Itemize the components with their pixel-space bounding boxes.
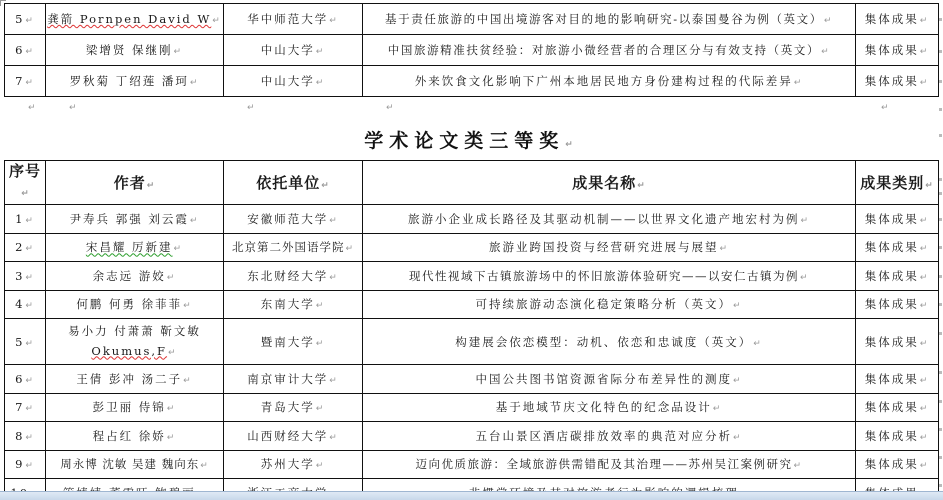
section-title: 学术论文类三等奖↵ (0, 126, 943, 153)
authors-cell: 王倩 彭冲 汤二子↵ (46, 365, 224, 394)
authors-cell: 何鹏 何勇 徐菲菲↵ (46, 290, 224, 319)
title-cell: 现代性视域下古镇旅游场中的怀旧旅游体验研究——以安仁古镇为例↵ (363, 262, 856, 291)
authors-cell: 宋昌耀 厉新建↵ (46, 233, 224, 262)
unit-cell: 南京审计大学↵ (224, 365, 363, 394)
title-cell: 旅游业跨国投资与经营研究进展与展望↵ (363, 233, 856, 262)
category-cell: 集体成果↵ (856, 290, 939, 319)
authors-line: Okumus,F↵ (46, 341, 223, 363)
table-header-row: 序号↵ 作者↵ 依托单位↵ 成果名称↵ 成果类别↵ (5, 161, 939, 205)
authors-cell: 余志远 游姣↵ (46, 262, 224, 291)
title-cell: 基于责任旅游的中国出境游客对目的地的影响研究-以泰国曼谷为例（英文）↵ (363, 4, 856, 35)
paragraph-mark: ↵ (69, 103, 77, 113)
authors-cell: 彭卫丽 侍锦↵ (46, 393, 224, 422)
seq-cell: 4↵ (5, 290, 46, 319)
authors-cell: 程占红 徐娇↵ (46, 422, 224, 451)
header-authors: 作者↵ (46, 161, 224, 205)
row-end-markers (938, 0, 943, 500)
title-cell: 可持续旅游动态演化稳定策略分析（英文）↵ (363, 290, 856, 319)
seq-cell: 2↵ (5, 233, 46, 262)
table-row: 2↵ 宋昌耀 厉新建↵ 北京第二外国语学院↵ 旅游业跨国投资与经营研究进展与展望… (5, 233, 939, 262)
seq-cell: 8↵ (5, 422, 46, 451)
authors-cell: 罗秋菊 丁绍莲 潘珂↵ (46, 66, 224, 97)
unit-cell: 北京第二外国语学院↵ (224, 233, 363, 262)
top-award-table: 5↵ 龚箭 Pornpen David W↵ 华中师范大学↵ 基于责任旅游的中国… (4, 3, 939, 97)
table-row: 7↵ 彭卫丽 侍锦↵ 青岛大学↵ 基于地域节庆文化特色的纪念品设计↵ 集体成果↵ (5, 393, 939, 422)
seq-cell: 3↵ (5, 262, 46, 291)
header-seq: 序号↵ (5, 161, 46, 205)
category-cell: 集体成果↵ (856, 365, 939, 394)
unit-cell: 安徽师范大学↵ (224, 205, 363, 234)
category-cell: 集体成果↵ (856, 205, 939, 234)
table-row: 9↵ 周永博 沈敏 吴建 魏向东↵ 苏州大学↵ 迈向优质旅游：全域旅游供需错配及… (5, 450, 939, 479)
title-cell: 外来饮食文化影响下广州本地居民地方身份建构过程的代际差异↵ (363, 66, 856, 97)
seq-cell: 1↵ (5, 205, 46, 234)
table-row: 3↵ 余志远 游姣↵ 东北财经大学↵ 现代性视域下古镇旅游场中的怀旧旅游体验研究… (5, 262, 939, 291)
category-cell: 集体成果↵ (856, 319, 939, 365)
paragraph-mark: ↵ (247, 103, 255, 113)
table-row: 6↵ 梁增贤 保继刚↵ 中山大学↵ 中国旅游精准扶贫经验：对旅游小微经营者的合理… (5, 35, 939, 66)
category-cell: 集体成果↵ (856, 66, 939, 97)
paragraph-mark: ↵ (881, 103, 889, 113)
unit-cell: 暨南大学↵ (224, 319, 363, 365)
unit-cell: 青岛大学↵ (224, 393, 363, 422)
seq-cell: 7↵ (5, 393, 46, 422)
category-cell: 集体成果↵ (856, 422, 939, 451)
title-cell: 基于地域节庆文化特色的纪念品设计↵ (363, 393, 856, 422)
seq-cell: 7↵ (5, 66, 46, 97)
unit-cell: 苏州大学↵ (224, 450, 363, 479)
third-prize-table: 序号↵ 作者↵ 依托单位↵ 成果名称↵ 成果类别↵ 1↵ 尹寿兵 郭强 刘云霞↵… (4, 160, 939, 500)
empty-paragraph-marks: ↵ ↵ ↵ ↵ ↵ (0, 103, 943, 117)
header-title: 成果名称↵ (363, 161, 856, 205)
title-cell: 五台山景区酒店碳排放效率的典范对应分析↵ (363, 422, 856, 451)
authors-cell: 尹寿兵 郭强 刘云霞↵ (46, 205, 224, 234)
unit-cell: 华中师范大学↵ (224, 4, 363, 35)
category-cell: 集体成果↵ (856, 233, 939, 262)
title-cell: 迈向优质旅游：全域旅游供需错配及其治理——苏州吴江案例研究↵ (363, 450, 856, 479)
table-row: 8↵ 程占红 徐娇↵ 山西财经大学↵ 五台山景区酒店碳排放效率的典范对应分析↵ … (5, 422, 939, 451)
category-cell: 集体成果↵ (856, 262, 939, 291)
window-bottom-bar (0, 491, 943, 500)
seq-cell: 5↵ (5, 4, 46, 35)
title-cell: 中国公共图书馆资源省际分布差异性的测度↵ (363, 365, 856, 394)
category-cell: 集体成果↵ (856, 450, 939, 479)
table-row: 7↵ 罗秋菊 丁绍莲 潘珂↵ 中山大学↵ 外来饮食文化影响下广州本地居民地方身份… (5, 66, 939, 97)
table-row: 1↵ 尹寿兵 郭强 刘云霞↵ 安徽师范大学↵ 旅游小企业成长路径及其驱动机制——… (5, 205, 939, 234)
seq-cell: 5↵ (5, 319, 46, 365)
authors-cell: 梁增贤 保继刚↵ (46, 35, 224, 66)
title-cell: 旅游小企业成长路径及其驱动机制——以世界文化遗产地宏村为例↵ (363, 205, 856, 234)
unit-cell: 山西财经大学↵ (224, 422, 363, 451)
paragraph-mark: ↵ (386, 103, 394, 113)
table-row: 6↵ 王倩 彭冲 汤二子↵ 南京审计大学↵ 中国公共图书馆资源省际分布差异性的测… (5, 365, 939, 394)
category-cell: 集体成果↵ (856, 393, 939, 422)
category-cell: 集体成果↵ (856, 35, 939, 66)
title-cell: 中国旅游精准扶贫经验：对旅游小微经营者的合理区分与有效支持（英文）↵ (363, 35, 856, 66)
authors-line: 易小力 付萧萧 靳文敏 (46, 321, 223, 341)
title-cell: 构建展会依恋模型：动机、依恋和忠诚度（英文）↵ (363, 319, 856, 365)
authors-cell: 周永博 沈敏 吴建 魏向东↵ (46, 450, 224, 479)
table-row: 5↵ 易小力 付萧萧 靳文敏Okumus,F↵ 暨南大学↵ 构建展会依恋模型：动… (5, 319, 939, 365)
unit-cell: 中山大学↵ (224, 35, 363, 66)
category-cell: 集体成果↵ (856, 4, 939, 35)
unit-cell: 东南大学↵ (224, 290, 363, 319)
header-unit: 依托单位↵ (224, 161, 363, 205)
table-row: 5↵ 龚箭 Pornpen David W↵ 华中师范大学↵ 基于责任旅游的中国… (5, 4, 939, 35)
header-category: 成果类别↵ (856, 161, 939, 205)
unit-cell: 中山大学↵ (224, 66, 363, 97)
authors-cell: 龚箭 Pornpen David W↵ (46, 4, 224, 35)
seq-cell: 6↵ (5, 365, 46, 394)
paragraph-mark: ↵ (28, 103, 36, 113)
seq-cell: 6↵ (5, 35, 46, 66)
unit-cell: 东北财经大学↵ (224, 262, 363, 291)
seq-cell: 9↵ (5, 450, 46, 479)
authors-cell: 易小力 付萧萧 靳文敏Okumus,F↵ (46, 319, 224, 365)
table-row: 4↵ 何鹏 何勇 徐菲菲↵ 东南大学↵ 可持续旅游动态演化稳定策略分析（英文）↵… (5, 290, 939, 319)
